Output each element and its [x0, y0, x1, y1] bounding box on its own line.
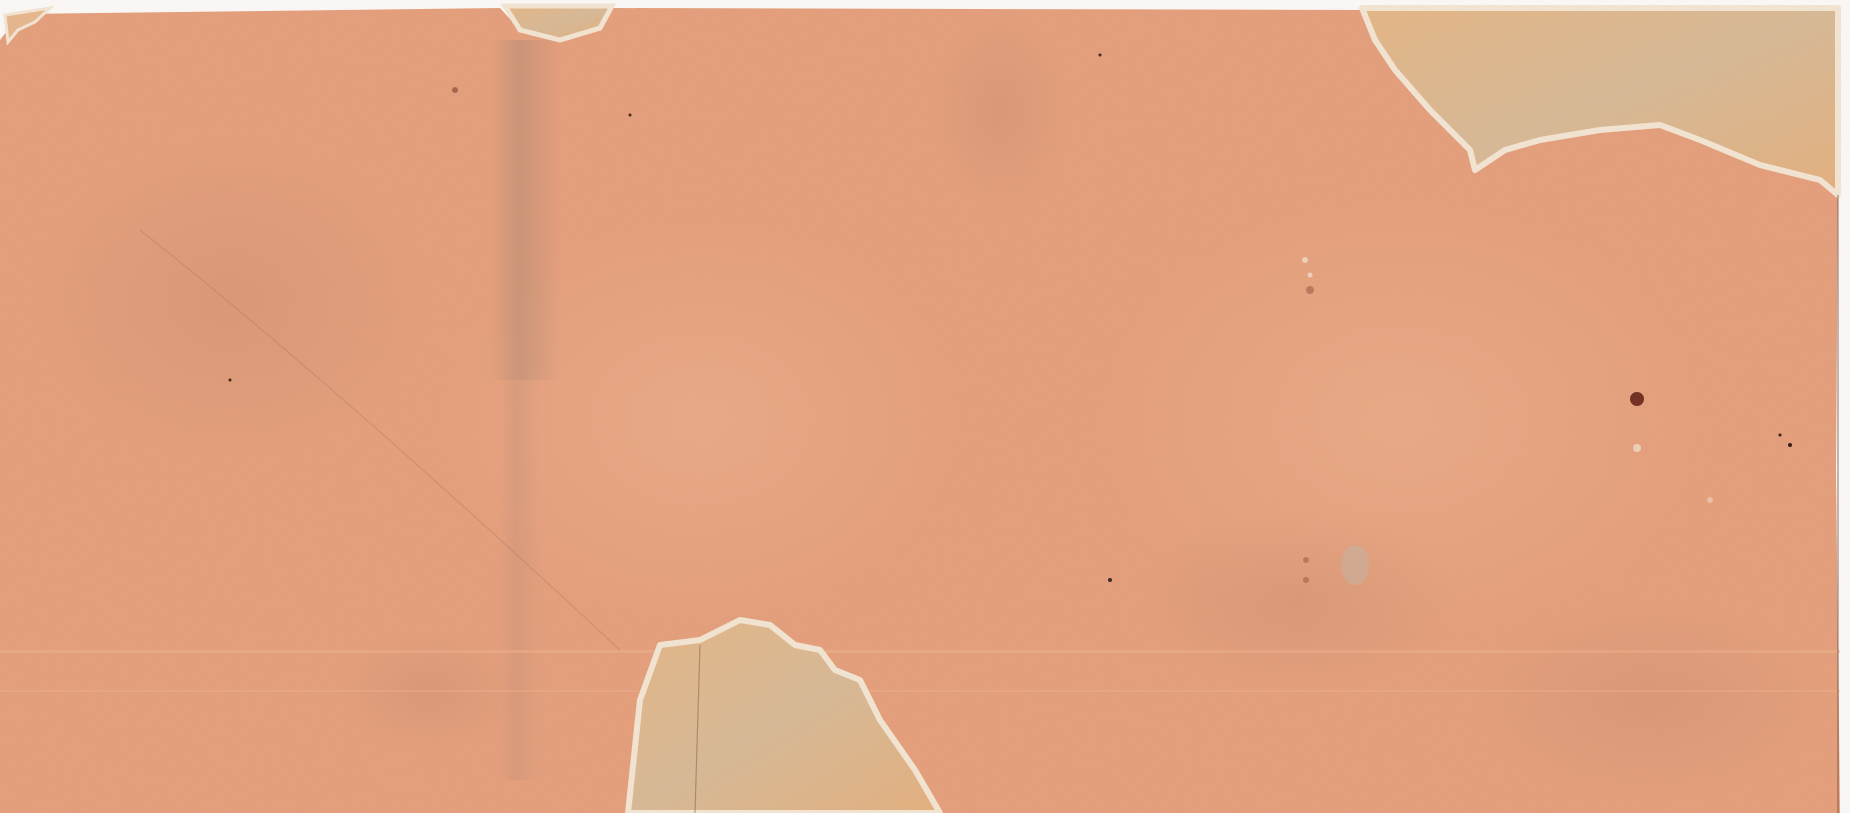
paper-image [0, 0, 1850, 813]
aged-paper-sheet [0, 0, 1850, 813]
